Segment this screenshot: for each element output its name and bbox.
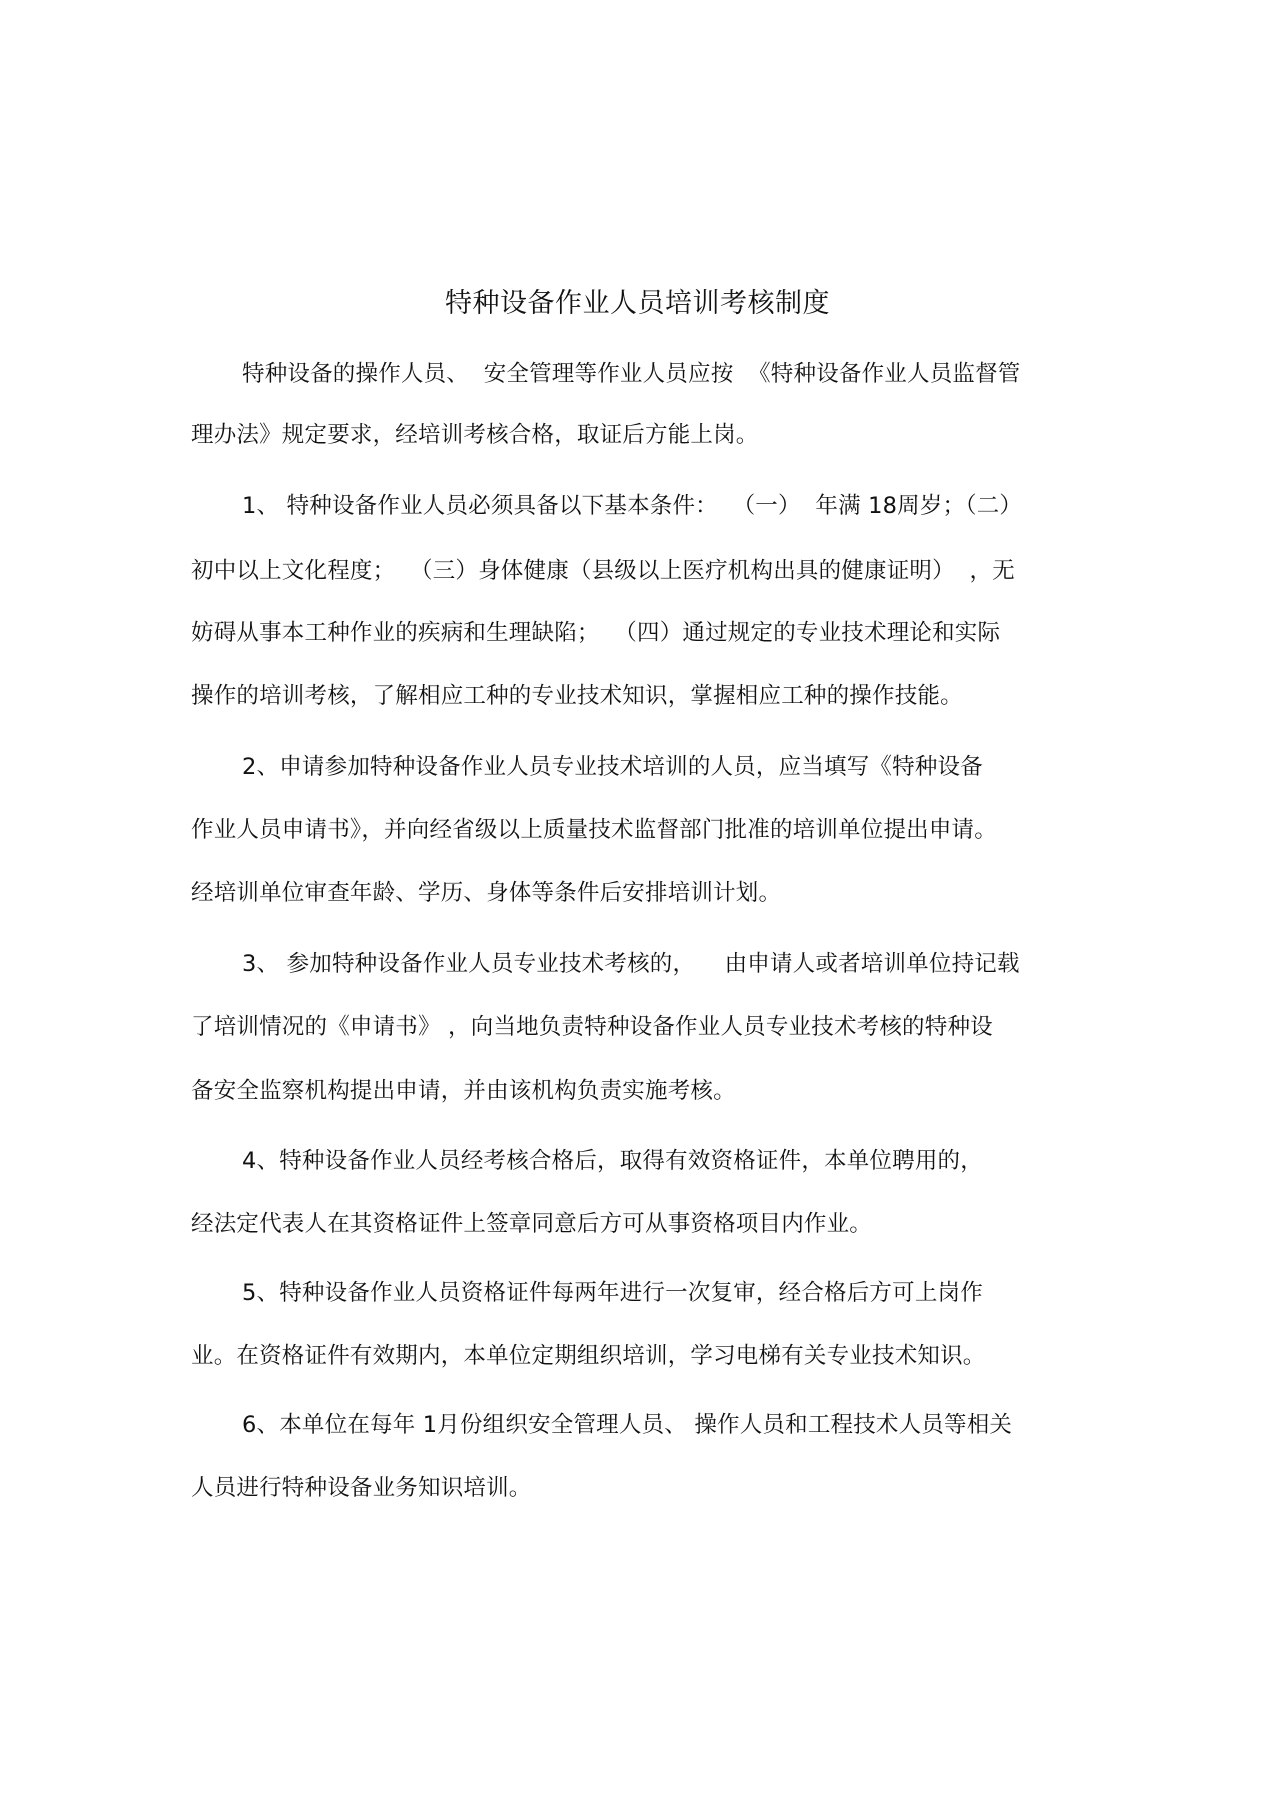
paragraph-line: 1、 特种设备作业人员必须具备以下基本条件： （一） 年满 18周岁；（二） [242, 491, 1022, 521]
paragraph-line: 理办法》规定要求，经培训考核合格，取证后方能上岗。 [191, 420, 759, 450]
paragraph-line: 5、特种设备作业人员资格证件每两年进行一次复审，经合格后方可上岗作 [242, 1278, 983, 1308]
paragraph-line: 特种设备的操作人员、 安全管理等作业人员应按 《特种设备作业人员监督管 [242, 359, 1021, 389]
paragraph-line: 4、特种设备作业人员经考核合格后，取得有效资格证件，本单位聘用的， [242, 1146, 983, 1176]
paragraph-line: 人员进行特种设备业务知识培训。 [191, 1473, 532, 1503]
paragraph-line: 妨碍从事本工种作业的疾病和生理缺陷； （四）通过规定的专业技术理论和实际 [191, 618, 1000, 648]
document-page: 特种设备作业人员培训考核制度 特种设备的操作人员、 安全管理等作业人员应按 《特… [0, 0, 1275, 1804]
paragraph-line: 业。在资格证件有效期内，本单位定期组织培训，学习电梯有关专业技术知识。 [191, 1341, 986, 1371]
paragraph-line: 经法定代表人在其资格证件上签章同意后方可从事资格项目内作业。 [191, 1209, 872, 1239]
paragraph-line: 经培训单位审查年龄、学历、身体等条件后安排培训计划。 [191, 878, 781, 908]
paragraph-line: 2、申请参加特种设备作业人员专业技术培训的人员，应当填写《特种设备 [242, 752, 983, 782]
paragraph-line: 6、本单位在每年 1月份组织安全管理人员、 操作人员和工程技术人员等相关 [242, 1410, 1012, 1440]
paragraph-line: 备安全监察机构提出申请，并由该机构负责实施考核。 [191, 1076, 736, 1106]
paragraph-line: 作业人员申请书》，并向经省级以上质量技术监督部门批准的培训单位提出申请。 [191, 815, 997, 845]
paragraph-line: 了培训情况的《申请书》 ，向当地负责特种设备作业人员专业技术考核的特种设 [191, 1012, 993, 1042]
paragraph-line: 3、 参加特种设备作业人员专业技术考核的， 由申请人或者培训单位持记载 [242, 949, 1020, 979]
paragraph-line: 操作的培训考核，了解相应工种的专业技术知识，掌握相应工种的操作技能。 [191, 681, 963, 711]
document-title: 特种设备作业人员培训考核制度 [0, 286, 1275, 322]
paragraph-line: 初中以上文化程度； （三）身体健康（县级以上医疗机构出具的健康证明） ，无 [191, 556, 1015, 586]
